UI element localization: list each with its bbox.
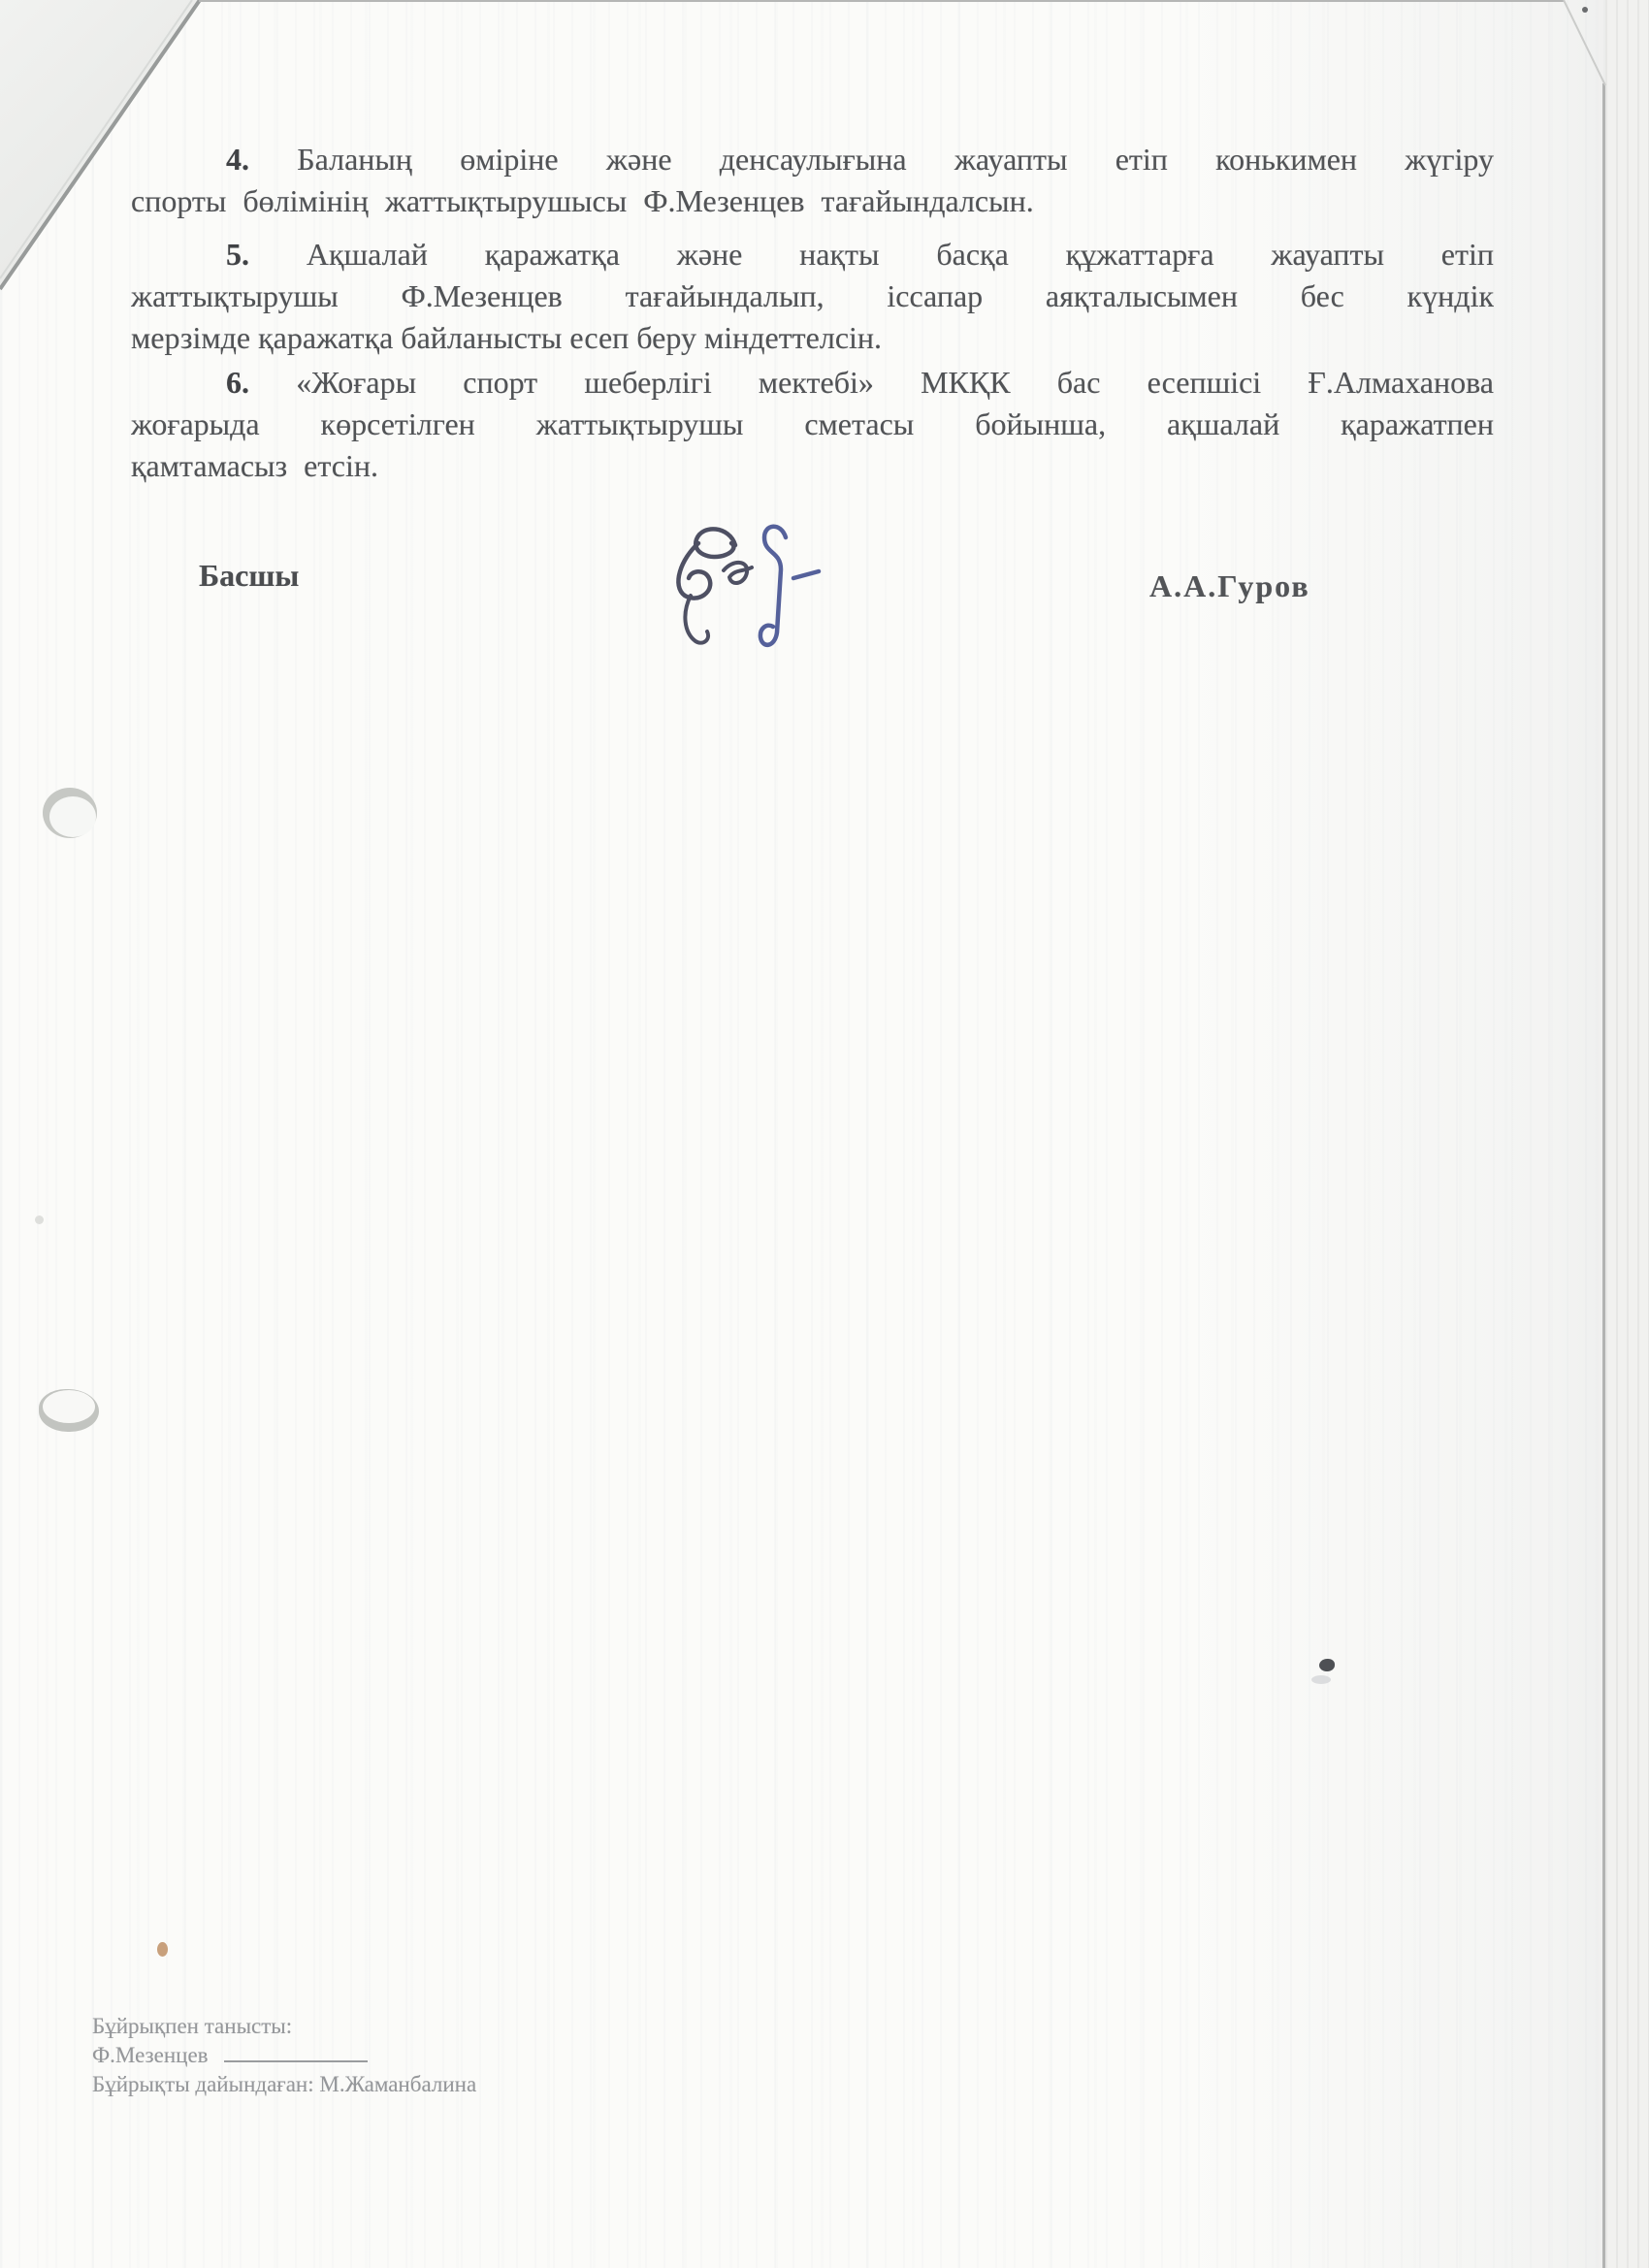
paragraph-number: 4. [226, 142, 249, 177]
footer-acquainted-label: Бұйрықпен танысты: [92, 2012, 476, 2041]
paragraph-6: 6. «Жоғары спорт шеберлігі мектебі» МКҚК… [131, 362, 1494, 487]
paragraph-text: Баланың өміріне және денсаулығына жауапт… [297, 142, 1494, 177]
paper-right-edge [1602, 83, 1605, 2268]
signatory-name: А.А.Гуров [1149, 568, 1310, 604]
footer-notes: Бұйрықпен танысты: Ф.Мезенцев Бұйрықты д… [92, 2012, 476, 2099]
dust-speck [35, 1215, 44, 1224]
paper-top-right-corner [1552, 0, 1649, 97]
signature-blank-line [224, 2043, 368, 2062]
paragraph-5: 5. Ақшалай қаражатқа және нақты басқа құ… [131, 234, 1494, 359]
paragraph-line: 5. Ақшалай қаражатқа және нақты басқа құ… [131, 234, 1494, 275]
paragraph-line: спорты бөлімінің жаттықтырушысы Ф.Мезенц… [131, 180, 1494, 222]
ink-smudge [1311, 1675, 1331, 1684]
footer-acquainted-name: Ф.Мезенцев [92, 2043, 209, 2067]
footer-acquainted-row: Ф.Мезенцев [92, 2041, 476, 2070]
dust-speck [1582, 7, 1588, 13]
paper-stain-speck [157, 1942, 168, 1957]
paper-top-edge [199, 0, 1564, 2]
footer-prepared-by: Бұйрықты дайындаған: М.Жаманбалина [92, 2070, 476, 2099]
hole-punch-shadow-highlight [43, 1390, 95, 1423]
paragraph-line: 4. Баланың өміріне және денсаулығына жау… [131, 139, 1494, 180]
paragraph-number: 5. [226, 237, 249, 272]
signatory-role: Басшы [199, 558, 299, 594]
paragraph-line: мерзімде қаражатқа байланысты есеп беру … [131, 317, 1494, 359]
paragraph-4: 4. Баланың өміріне және денсаулығына жау… [131, 139, 1494, 222]
paragraph-line: 6. «Жоғары спорт шеберлігі мектебі» МКҚК… [131, 362, 1494, 404]
scanner-background-strip [1605, 0, 1649, 2268]
paragraph-line: жоғарыда көрсетілген жаттықтырушы сметас… [131, 404, 1494, 445]
handwritten-signature [640, 514, 863, 679]
hole-punch-shadow-highlight [49, 796, 96, 837]
paragraph-line: қамтамасыз етсін. [131, 445, 1494, 487]
ink-speck [1319, 1659, 1335, 1671]
paragraph-text: Ақшалай қаражатқа және нақты басқа құжат… [307, 237, 1494, 272]
paragraph-number: 6. [226, 365, 249, 400]
paragraph-line: жаттықтырушы Ф.Мезенцев тағайындалып, іс… [131, 275, 1494, 317]
paragraph-text: «Жоғары спорт шеберлігі мектебі» МКҚК ба… [296, 365, 1494, 400]
